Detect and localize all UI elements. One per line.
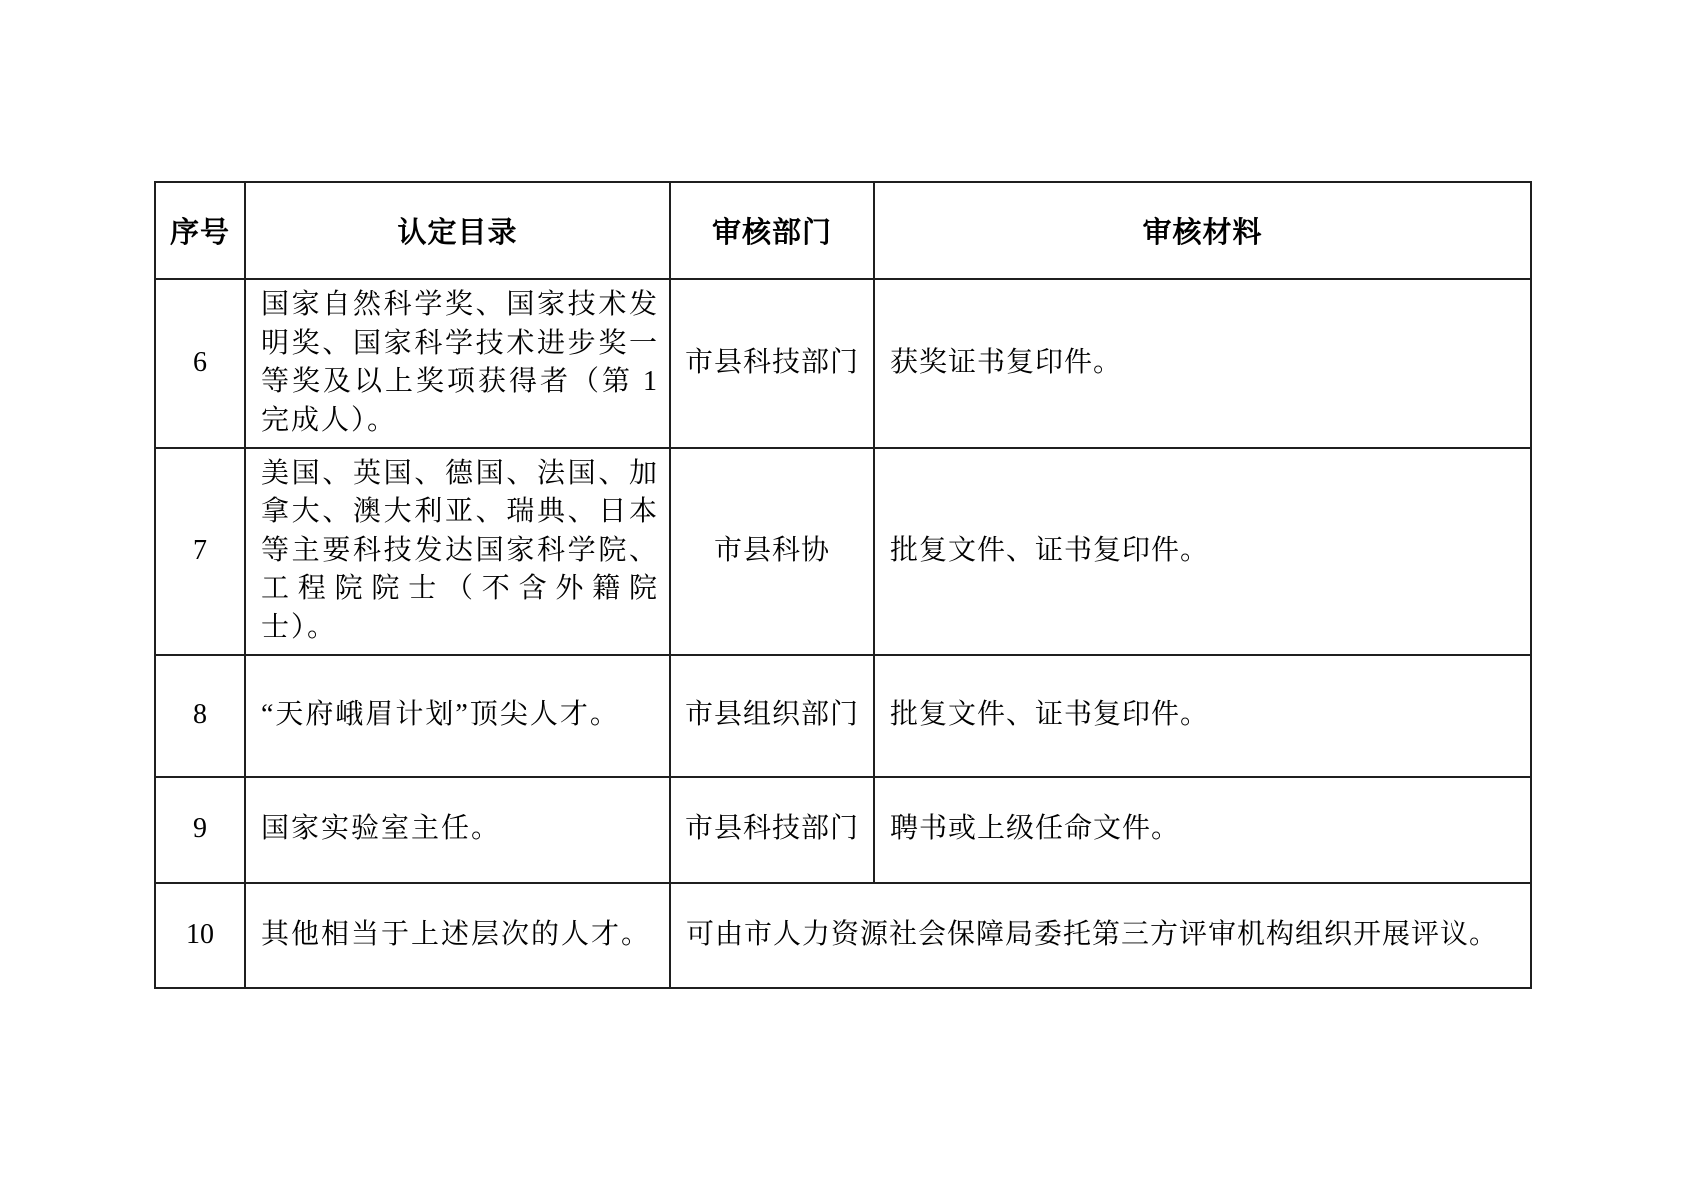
header-review-materials: 审核材料 (874, 182, 1531, 279)
table-header-row: 序号 认定目录 审核部门 审核材料 (155, 182, 1531, 279)
row-10-catalog: 其他相当于上述层次的人才。 (245, 883, 670, 988)
row-8-materials: 批复文件、证书复印件。 (874, 655, 1531, 777)
row-8-serial: 8 (155, 655, 245, 777)
row-9-catalog: 国家实验室主任。 (245, 777, 670, 883)
row-7-serial: 7 (155, 448, 245, 655)
row-6-department: 市县科技部门 (670, 279, 874, 448)
row-8-catalog: “天府峨眉计划”顶尖人才。 (245, 655, 670, 777)
row-6-materials: 获奖证书复印件。 (874, 279, 1531, 448)
row-10-merged-note: 可由市人力资源社会保障局委托第三方评审机构组织开展评议。 (670, 883, 1531, 988)
row-6-catalog: 国家自然科学奖、国家技术发明奖、国家科学技术进步奖一等奖及以上奖项获得者（第 1… (245, 279, 670, 448)
row-6-serial: 6 (155, 279, 245, 448)
header-serial-number: 序号 (155, 182, 245, 279)
row-7-materials: 批复文件、证书复印件。 (874, 448, 1531, 655)
header-recognition-catalog: 认定目录 (245, 182, 670, 279)
row-7-department: 市县科协 (670, 448, 874, 655)
row-9-serial: 9 (155, 777, 245, 883)
table-row: 6 国家自然科学奖、国家技术发明奖、国家科学技术进步奖一等奖及以上奖项获得者（第… (155, 279, 1531, 448)
table-row: 10 其他相当于上述层次的人才。 可由市人力资源社会保障局委托第三方评审机构组织… (155, 883, 1531, 988)
header-review-department: 审核部门 (670, 182, 874, 279)
table-row: 8 “天府峨眉计划”顶尖人才。 市县组织部门 批复文件、证书复印件。 (155, 655, 1531, 777)
row-9-department: 市县科技部门 (670, 777, 874, 883)
row-10-serial: 10 (155, 883, 245, 988)
talent-recognition-table: 序号 认定目录 审核部门 审核材料 6 国家自然科学奖、国家技术发明奖、国家科学… (154, 181, 1532, 989)
row-8-department: 市县组织部门 (670, 655, 874, 777)
table-row: 7 美国、英国、德国、法国、加拿大、澳大利亚、瑞典、日本等主要科技发达国家科学院… (155, 448, 1531, 655)
table-row: 9 国家实验室主任。 市县科技部门 聘书或上级任命文件。 (155, 777, 1531, 883)
row-9-materials: 聘书或上级任命文件。 (874, 777, 1531, 883)
row-7-catalog: 美国、英国、德国、法国、加拿大、澳大利亚、瑞典、日本等主要科技发达国家科学院、工… (245, 448, 670, 655)
